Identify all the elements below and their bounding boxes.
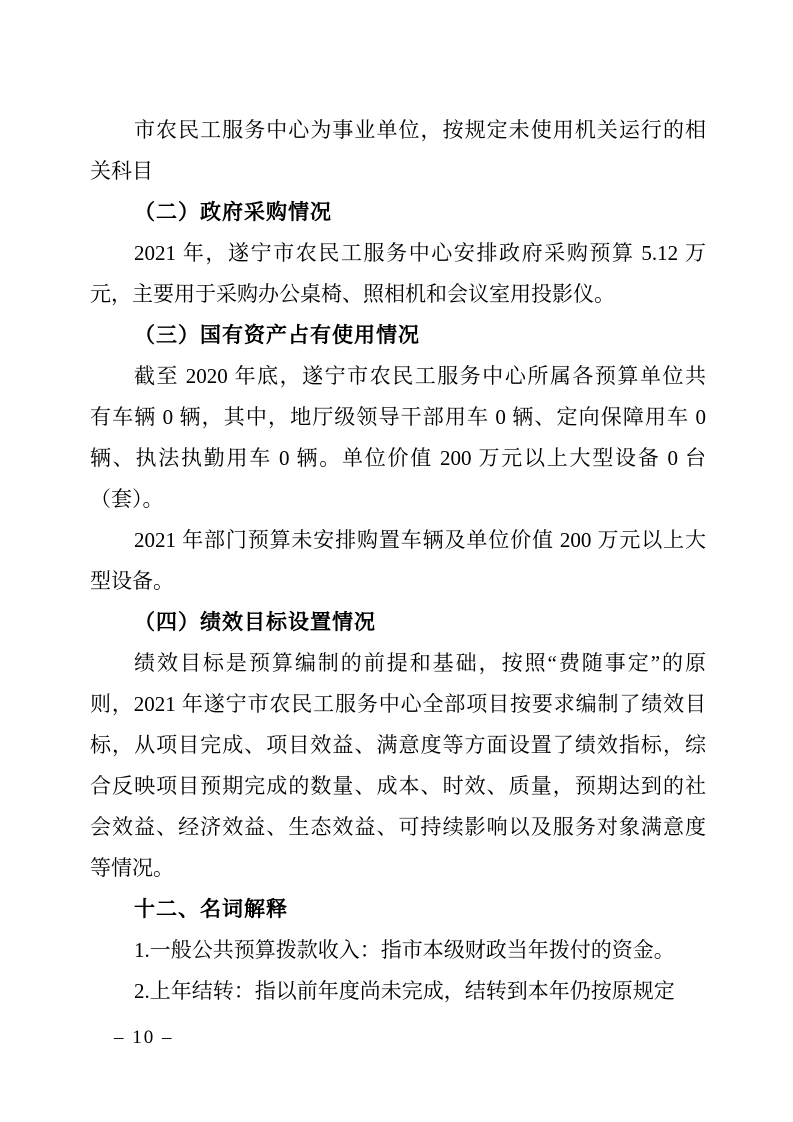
text-line: 2021 年部门预算未安排购置车辆及单位价值 200 万元以上大 bbox=[90, 520, 706, 561]
text-line: 2021 年，遂宁市农民工服务中心安排政府采购预算 5.12 万 bbox=[90, 233, 706, 274]
text-line: 有车辆 0 辆，其中，地厅级领导干部用车 0 辆、定向保障用车 0 bbox=[90, 397, 706, 438]
text-line: 关科目 bbox=[90, 151, 706, 192]
paragraph: 绩效目标是预算编制的前提和基础，按照“费随事定”的原则，2021 年遂宁市农民工… bbox=[90, 643, 706, 889]
text-line: 十二、名词解释 bbox=[90, 889, 706, 930]
text-line: 市农民工服务中心为事业单位，按规定未使用机关运行的相 bbox=[90, 110, 706, 151]
text-line: （套）。 bbox=[90, 479, 706, 520]
section-heading: （四）绩效目标设置情况 bbox=[90, 602, 706, 643]
text-line: 标，从项目完成、项目效益、满意度等方面设置了绩效指标，综 bbox=[90, 725, 706, 766]
paragraph: 2021 年部门预算未安排购置车辆及单位价值 200 万元以上大型设备。 bbox=[90, 520, 706, 602]
paragraph: 市农民工服务中心为事业单位，按规定未使用机关运行的相关科目 bbox=[90, 110, 706, 192]
text-line: 截至 2020 年底，遂宁市农民工服务中心所属各预算单位共 bbox=[90, 356, 706, 397]
text-line: （三）国有资产占有使用情况 bbox=[90, 315, 706, 356]
paragraph: 2.上年结转：指以前年度尚未完成，结转到本年仍按原规定 bbox=[90, 971, 706, 1012]
document-body: 市农民工服务中心为事业单位，按规定未使用机关运行的相关科目（二）政府采购情况20… bbox=[90, 110, 706, 1012]
text-line: （四）绩效目标设置情况 bbox=[90, 602, 706, 643]
text-line: 会效益、经济效益、生态效益、可持续影响以及服务对象满意度 bbox=[90, 807, 706, 848]
text-line: 等情况。 bbox=[90, 848, 706, 889]
text-line: 1.一般公共预算拨款收入：指市本级财政当年拨付的资金。 bbox=[90, 930, 706, 971]
section-heading: 十二、名词解释 bbox=[90, 889, 706, 930]
section-heading: （三）国有资产占有使用情况 bbox=[90, 315, 706, 356]
text-line: 绩效目标是预算编制的前提和基础，按照“费随事定”的原 bbox=[90, 643, 706, 684]
paragraph: 1.一般公共预算拨款收入：指市本级财政当年拨付的资金。 bbox=[90, 930, 706, 971]
paragraph: 2021 年，遂宁市农民工服务中心安排政府采购预算 5.12 万元，主要用于采购… bbox=[90, 233, 706, 315]
paragraph: 截至 2020 年底，遂宁市农民工服务中心所属各预算单位共有车辆 0 辆，其中，… bbox=[90, 356, 706, 520]
text-line: 则，2021 年遂宁市农民工服务中心全部项目按要求编制了绩效目 bbox=[90, 684, 706, 725]
text-line: 辆、执法执勤用车 0 辆。单位价值 200 万元以上大型设备 0 台 bbox=[90, 438, 706, 479]
document-page: 市农民工服务中心为事业单位，按规定未使用机关运行的相关科目（二）政府采购情况20… bbox=[0, 0, 793, 1122]
text-line: 型设备。 bbox=[90, 561, 706, 602]
text-line: （二）政府采购情况 bbox=[90, 192, 706, 233]
text-line: 2.上年结转：指以前年度尚未完成，结转到本年仍按原规定 bbox=[90, 971, 706, 1012]
page-number: – 10 – bbox=[114, 1027, 174, 1049]
text-line: 合反映项目预期完成的数量、成本、时效、质量，预期达到的社 bbox=[90, 766, 706, 807]
section-heading: （二）政府采购情况 bbox=[90, 192, 706, 233]
text-line: 元，主要用于采购办公桌椅、照相机和会议室用投影仪。 bbox=[90, 274, 706, 315]
